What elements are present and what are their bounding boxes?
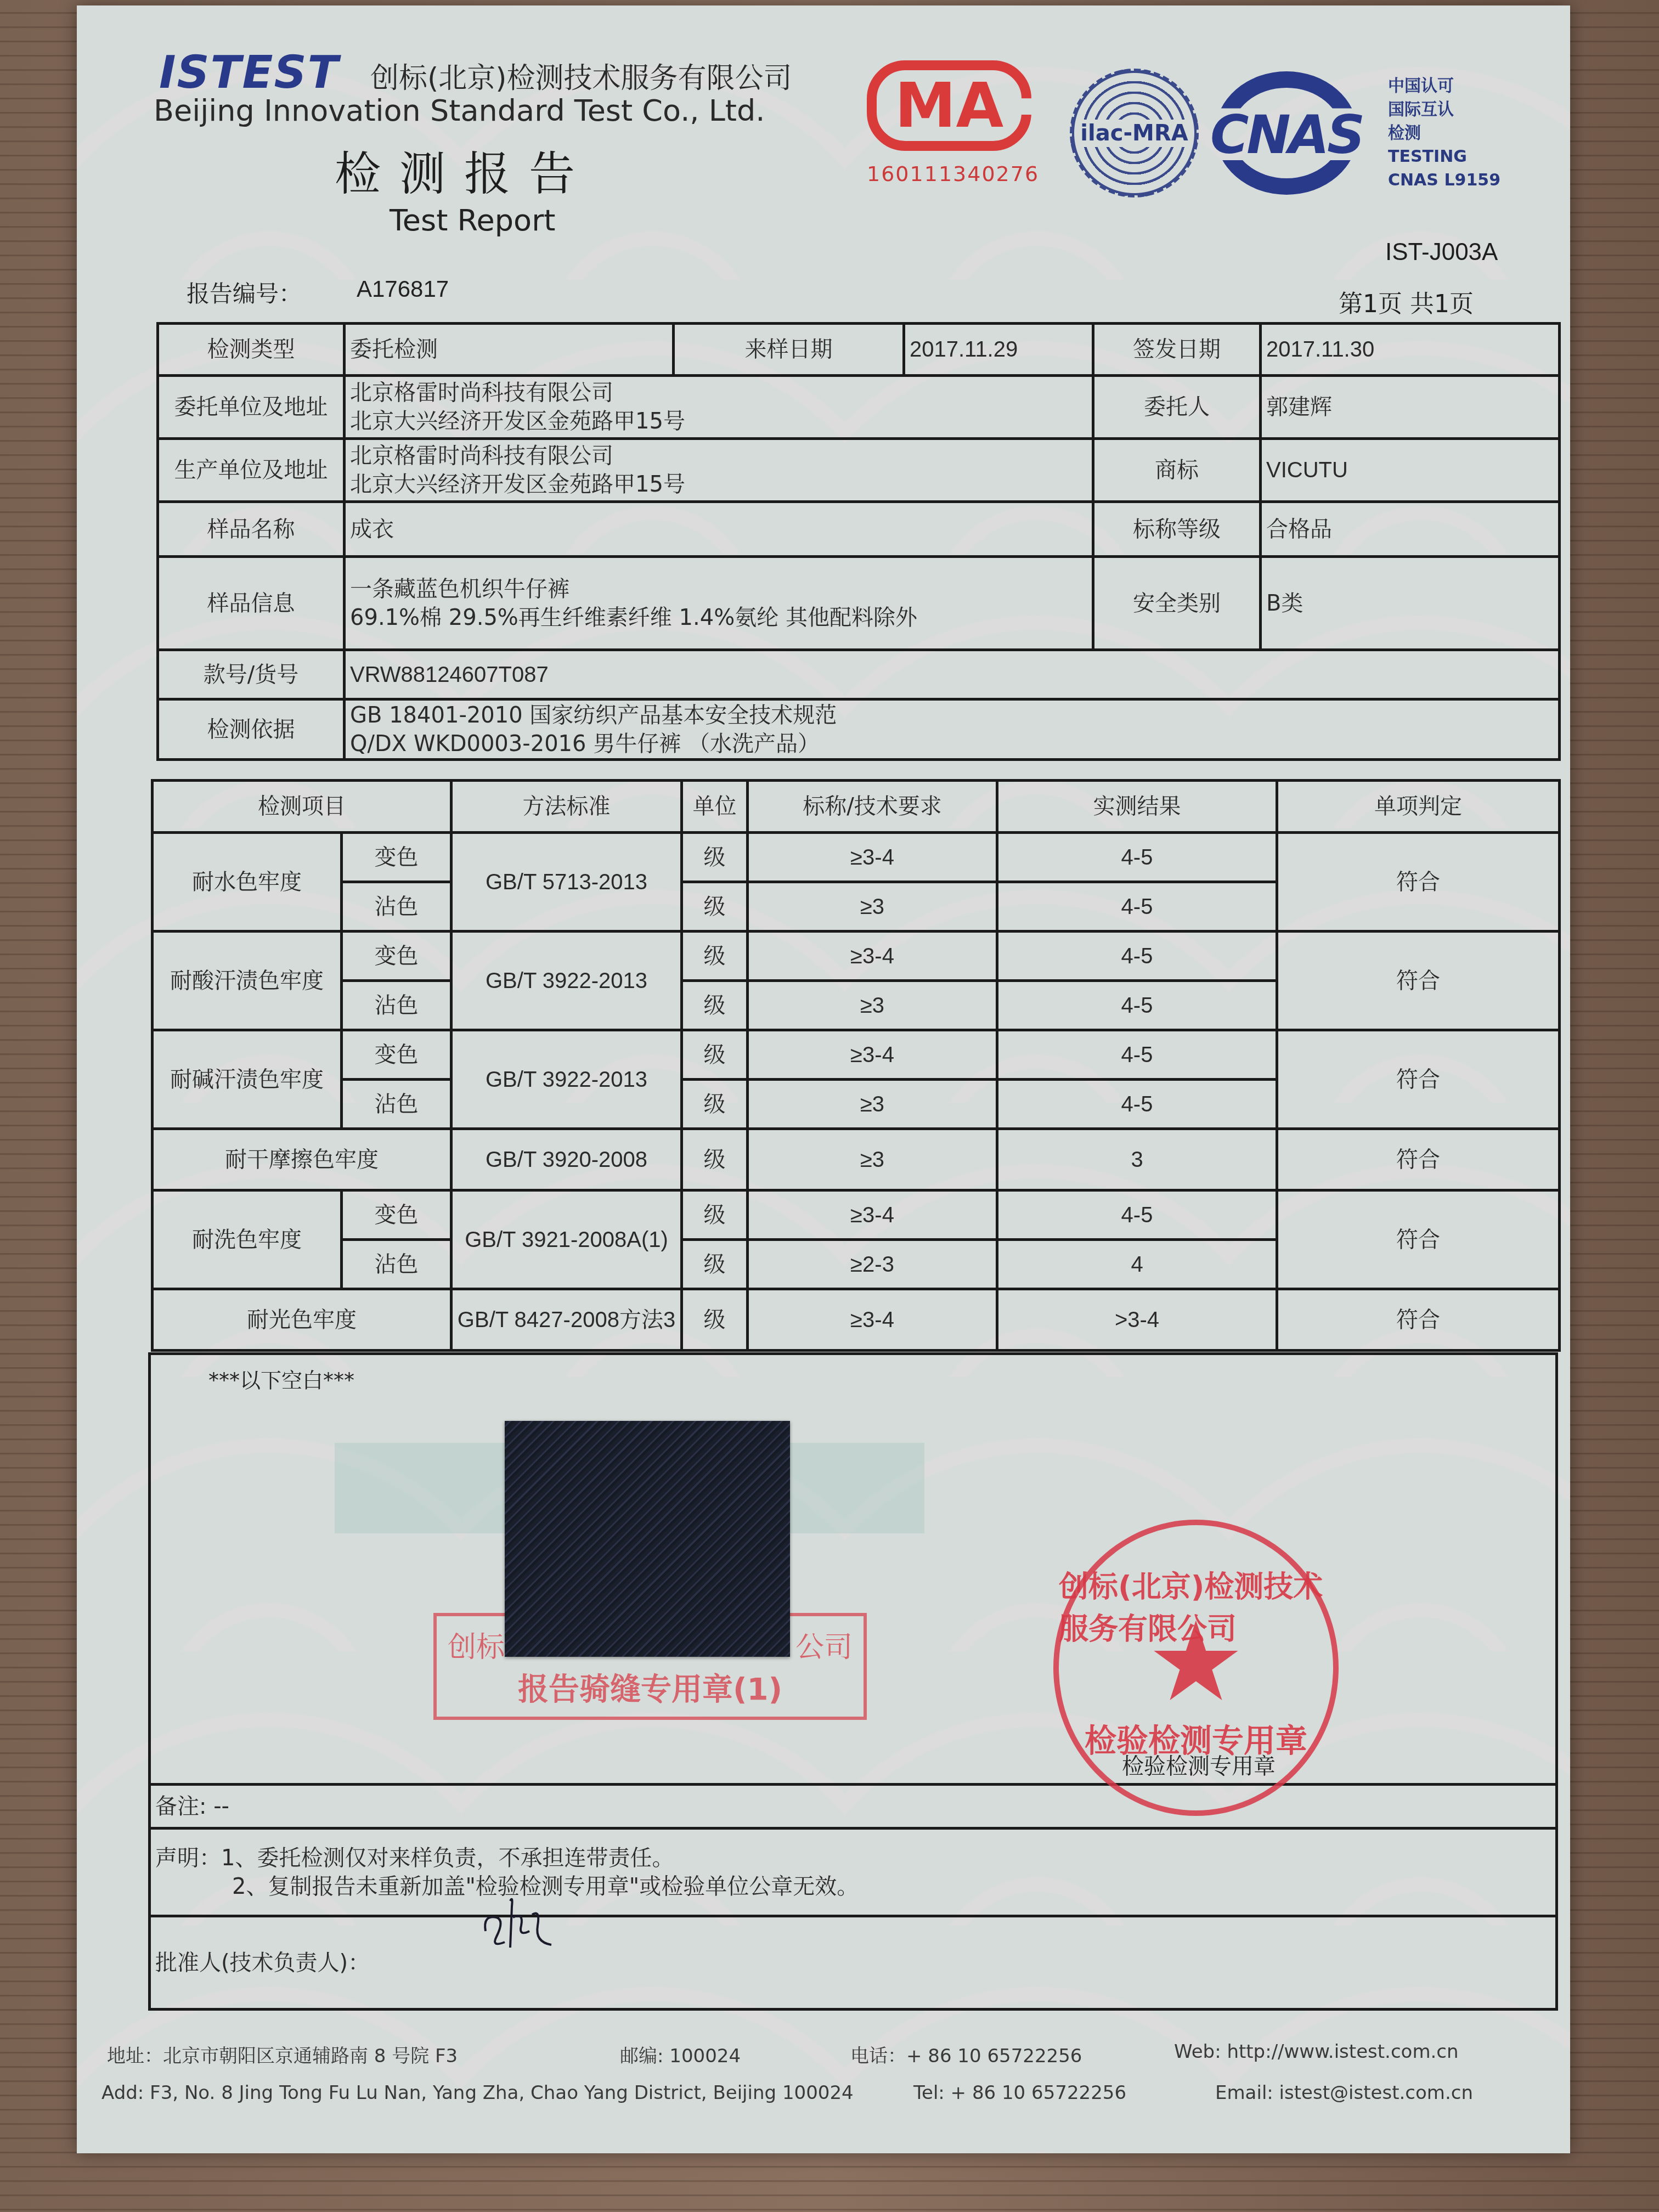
client-label: 委托单位及地址 bbox=[158, 376, 345, 439]
ilac-label: ilac-MRA bbox=[1078, 120, 1190, 147]
grade-value: 合格品 bbox=[1261, 502, 1560, 557]
method-standard: GB/T 3922-2013 bbox=[452, 1030, 682, 1129]
measured-result: 4-5 bbox=[997, 833, 1277, 882]
page-info: 第1页 共1页 bbox=[1339, 284, 1474, 319]
footer-phone-cn: 电话：+ 86 10 65722256 bbox=[850, 2041, 1082, 2068]
cma-number: 160111340276 bbox=[867, 162, 1039, 186]
unit: 级 bbox=[682, 981, 748, 1030]
client-value: 北京格雷时尚科技有限公司 北京大兴经济开发区金苑路甲15号 bbox=[345, 376, 1093, 439]
report-number-label: 报告编号： bbox=[187, 276, 302, 309]
safety-label: 安全类别 bbox=[1093, 557, 1261, 650]
test-item: 耐光色牢度 bbox=[153, 1289, 452, 1351]
test-item: 耐水色牢度 bbox=[153, 833, 342, 932]
sample-info-label: 样品信息 bbox=[158, 557, 345, 650]
results-table: 检测项目 方法标准 单位 标称/技术要求 实测结果 单项判定 耐水色牢度变色GB… bbox=[151, 779, 1561, 1352]
footer-address-cn: 地址：北京市朝阳区京通辅路南 8 号院 F3 bbox=[107, 2041, 458, 2068]
approver-signature bbox=[480, 1893, 590, 1953]
result-row: 耐光色牢度GB/T 8427-2008方法3级≥3-4>3-4符合 bbox=[153, 1289, 1560, 1351]
brand-label: 商标 bbox=[1093, 439, 1261, 502]
verdict: 符合 bbox=[1277, 1190, 1560, 1289]
test-item: 耐洗色牢度 bbox=[153, 1190, 342, 1289]
result-row: 耐酸汗渍色牢度变色GB/T 3922-2013级≥3-44-5符合 bbox=[153, 932, 1560, 981]
seam-stamp-text: 报告骑缝专用章(1) bbox=[437, 1665, 864, 1709]
header-result: 实测结果 bbox=[997, 781, 1277, 833]
measured-result: 4-5 bbox=[997, 932, 1277, 981]
header-unit: 单位 bbox=[682, 781, 748, 833]
test-type-label: 检测类型 bbox=[158, 324, 345, 376]
client-person-value: 郭建辉 bbox=[1261, 376, 1560, 439]
header-verdict: 单项判定 bbox=[1277, 781, 1560, 833]
test-subitem: 沾色 bbox=[342, 1080, 452, 1129]
sample-info-value: 一条藏蓝色机织牛仔裤 69.1%棉 29.5%再生纤维素纤维 1.4%氨纶 其他… bbox=[345, 557, 1093, 650]
verdict: 符合 bbox=[1277, 1129, 1560, 1190]
statement-cell: 声明：1、委托检测仅对来样负责，不承担连带责任。 2、复制报告未重新加盖"检验检… bbox=[150, 1829, 1557, 1916]
requirement: ≥2-3 bbox=[748, 1240, 997, 1289]
denim-fabric-swatch bbox=[505, 1421, 790, 1657]
ilac-mra-logo-icon: ilac-MRA bbox=[1070, 69, 1199, 198]
issue-date-value: 2017.11.30 bbox=[1261, 324, 1560, 376]
unit: 级 bbox=[682, 1190, 748, 1240]
verdict: 符合 bbox=[1277, 1030, 1560, 1129]
star-icon: ★ bbox=[1147, 1607, 1245, 1717]
footer-phone-en: Tel: + 86 10 65722256 bbox=[913, 2082, 1126, 2104]
measured-result: 3 bbox=[997, 1129, 1277, 1190]
requirement: ≥3 bbox=[748, 882, 997, 932]
test-subitem: 沾色 bbox=[342, 1240, 452, 1289]
sample-date-value: 2017.11.29 bbox=[904, 324, 1093, 376]
unit: 级 bbox=[682, 1129, 748, 1190]
unit: 级 bbox=[682, 833, 748, 882]
requirement: ≥3-4 bbox=[748, 1030, 997, 1080]
sample-name-value: 成衣 bbox=[345, 502, 1093, 557]
method-standard: GB/T 3921-2008A(1) bbox=[452, 1190, 682, 1289]
unit: 级 bbox=[682, 1030, 748, 1080]
cnas-logo-icon: CNAS bbox=[1215, 71, 1358, 195]
report-number: A176817 bbox=[357, 276, 449, 302]
sample-description: 一条藏蓝色机织牛仔裤 bbox=[350, 575, 1087, 603]
method-standard: GB/T 5713-2013 bbox=[452, 833, 682, 932]
producer-address: 北京大兴经济开发区金苑路甲15号 bbox=[350, 470, 1087, 499]
basis-value: GB 18401-2010 国家纺织产品基本安全技术规范 Q/DX WKD000… bbox=[345, 699, 1560, 760]
verdict: 符合 bbox=[1277, 833, 1560, 932]
requirement: ≥3 bbox=[748, 981, 997, 1030]
safety-value: B类 bbox=[1261, 557, 1560, 650]
istest-logo: ISTEST bbox=[159, 47, 340, 99]
measured-result: >3-4 bbox=[997, 1289, 1277, 1351]
producer-name: 北京格雷时尚科技有限公司 bbox=[350, 442, 1087, 470]
cnas-line: 国际互认 bbox=[1388, 98, 1500, 121]
result-row: 耐干摩擦色牢度GB/T 3920-2008级≥33符合 bbox=[153, 1129, 1560, 1190]
test-item: 耐干摩擦色牢度 bbox=[153, 1129, 452, 1190]
basis-standard-2: Q/DX WKD0003-2016 男牛仔裤 （水洗产品） bbox=[350, 730, 1554, 758]
report-title-cn: 检测报告 bbox=[335, 137, 594, 204]
style-no-value: VRW88124607T087 bbox=[345, 650, 1560, 699]
verdict: 符合 bbox=[1277, 932, 1560, 1030]
measured-result: 4-5 bbox=[997, 1030, 1277, 1080]
sample-info-table: 检测类型 委托检测 来样日期 2017.11.29 签发日期 2017.11.3… bbox=[156, 322, 1561, 761]
test-report-document: ISTEST 创标(北京)检测技术服务有限公司 Beijing Innovati… bbox=[77, 5, 1570, 2153]
measured-result: 4-5 bbox=[997, 1080, 1277, 1129]
basis-standard-1: GB 18401-2010 国家纺织产品基本安全技术规范 bbox=[350, 701, 1554, 730]
requirement: ≥3-4 bbox=[748, 833, 997, 882]
measured-result: 4-5 bbox=[997, 981, 1277, 1030]
header-item: 检测项目 bbox=[153, 781, 452, 833]
test-item: 耐酸汗渍色牢度 bbox=[153, 932, 342, 1030]
footer-postcode: 邮编: 100024 bbox=[620, 2041, 741, 2068]
test-subitem: 变色 bbox=[342, 1030, 452, 1080]
method-standard: GB/T 3922-2013 bbox=[452, 932, 682, 1030]
test-subitem: 沾色 bbox=[342, 981, 452, 1030]
client-name: 北京格雷时尚科技有限公司 bbox=[350, 379, 1087, 407]
result-row: 耐碱汗渍色牢度变色GB/T 3922-2013级≥3-44-5符合 bbox=[153, 1030, 1560, 1080]
requirement: ≥3-4 bbox=[748, 932, 997, 981]
cnas-accreditation-text: 中国认可 国际互认 检测 TESTING CNAS L9159 bbox=[1388, 74, 1500, 192]
method-standard: GB/T 8427-2008方法3 bbox=[452, 1289, 682, 1351]
footer-email-link[interactable]: Email: istest@istest.com.cn bbox=[1215, 2082, 1473, 2104]
requirement: ≥3 bbox=[748, 1080, 997, 1129]
cnas-line: TESTING bbox=[1388, 145, 1500, 168]
unit: 级 bbox=[682, 1240, 748, 1289]
test-item: 耐碱汗渍色牢度 bbox=[153, 1030, 342, 1129]
test-subitem: 变色 bbox=[342, 1190, 452, 1240]
requirement: ≥3 bbox=[748, 1129, 997, 1190]
measured-result: 4-5 bbox=[997, 882, 1277, 932]
stamp-caption: 检验检测专用章 bbox=[1122, 1749, 1276, 1780]
cnas-line: CNAS L9159 bbox=[1388, 168, 1500, 192]
issue-date-label: 签发日期 bbox=[1093, 324, 1261, 376]
style-no-label: 款号/货号 bbox=[158, 650, 345, 699]
method-standard: GB/T 3920-2008 bbox=[452, 1129, 682, 1190]
result-row: 耐水色牢度变色GB/T 5713-2013级≥3-44-5符合 bbox=[153, 833, 1560, 882]
cnas-line: 检测 bbox=[1388, 121, 1500, 145]
header-method: 方法标准 bbox=[452, 781, 682, 833]
blank-below-mark: ***以下空白*** bbox=[208, 1363, 354, 1393]
unit: 级 bbox=[682, 1289, 748, 1351]
measured-result: 4-5 bbox=[997, 1190, 1277, 1240]
test-subitem: 变色 bbox=[342, 932, 452, 981]
document-code: IST-J003A bbox=[1385, 239, 1498, 266]
test-type-value: 委托检测 bbox=[345, 324, 674, 376]
verdict: 符合 bbox=[1277, 1289, 1560, 1351]
footer-web-link[interactable]: Web: http://www.istest.com.cn bbox=[1174, 2041, 1459, 2063]
sample-composition: 69.1%棉 29.5%再生纤维素纤维 1.4%氨纶 其他配料除外 bbox=[350, 603, 1087, 632]
unit: 级 bbox=[682, 932, 748, 981]
requirement: ≥3-4 bbox=[748, 1190, 997, 1240]
unit: 级 bbox=[682, 1080, 748, 1129]
report-title-en: Test Report bbox=[390, 203, 556, 238]
company-name-cn: 创标(北京)检测技术服务有限公司 bbox=[370, 55, 792, 96]
client-address: 北京大兴经济开发区金苑路甲15号 bbox=[350, 407, 1087, 436]
remark-cell: 备注: -- bbox=[150, 1785, 1557, 1829]
test-subitem: 变色 bbox=[342, 833, 452, 882]
test-subitem: 沾色 bbox=[342, 882, 452, 932]
client-person-label: 委托人 bbox=[1093, 376, 1261, 439]
producer-value: 北京格雷时尚科技有限公司 北京大兴经济开发区金苑路甲15号 bbox=[345, 439, 1093, 502]
seam-stamp-left: 创标 bbox=[448, 1624, 505, 1665]
footer-address-en: Add: F3, No. 8 Jing Tong Fu Lu Nan, Yang… bbox=[101, 2082, 854, 2104]
header-requirement: 标称/技术要求 bbox=[748, 781, 997, 833]
cma-mark: MA bbox=[895, 70, 1003, 142]
statement-2: 2、复制报告未重新加盖"检验检测专用章"或检验单位公章无效。 bbox=[155, 1872, 1551, 1901]
basis-label: 检测依据 bbox=[158, 699, 345, 760]
result-row: 耐洗色牢度变色GB/T 3921-2008A(1)级≥3-44-5符合 bbox=[153, 1190, 1560, 1240]
brand-value: VICUTU bbox=[1261, 439, 1560, 502]
statement-1: 声明：1、委托检测仅对来样负责，不承担连带责任。 bbox=[155, 1844, 1551, 1872]
cnas-line: 中国认可 bbox=[1388, 74, 1500, 98]
grade-label: 标称等级 bbox=[1093, 502, 1261, 557]
measured-result: 4 bbox=[997, 1240, 1277, 1289]
results-header-row: 检测项目 方法标准 单位 标称/技术要求 实测结果 单项判定 bbox=[153, 781, 1560, 833]
producer-label: 生产单位及地址 bbox=[158, 439, 345, 502]
sample-name-label: 样品名称 bbox=[158, 502, 345, 557]
requirement: ≥3-4 bbox=[748, 1289, 997, 1351]
unit: 级 bbox=[682, 882, 748, 932]
approver-cell: 批准人(技术负责人)： bbox=[150, 1916, 1557, 2010]
company-name-en: Beijing Innovation Standard Test Co., Lt… bbox=[154, 93, 765, 128]
seam-stamp-right: 公司 bbox=[795, 1624, 853, 1665]
cma-logo-icon: MA bbox=[867, 60, 1031, 151]
cnas-text: CNAS bbox=[1204, 104, 1369, 166]
sample-date-label: 来样日期 bbox=[674, 324, 904, 376]
